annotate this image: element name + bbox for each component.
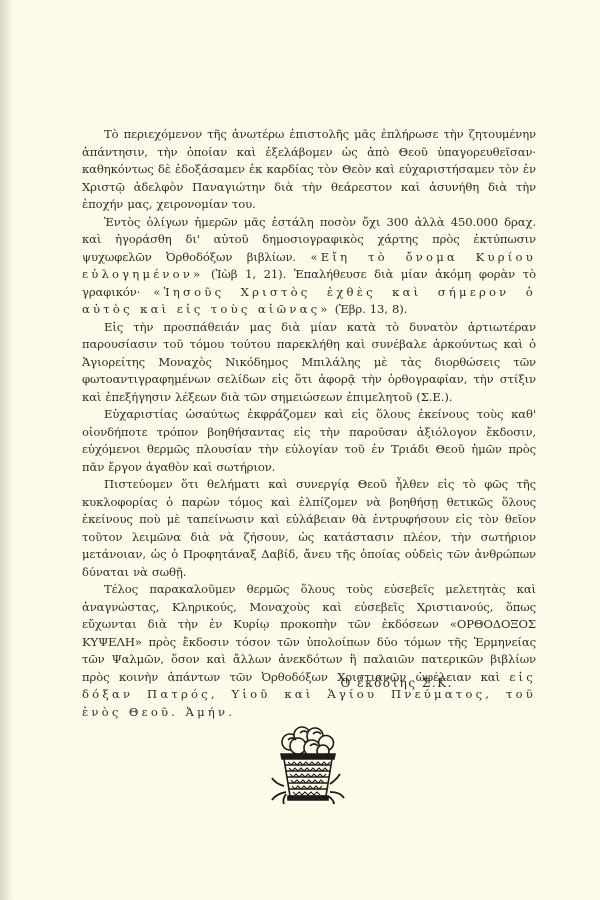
paragraph-text: Τὸ περιεχόμενον τῆς ἀνωτέρω ἐπιστολῆς μᾶ… <box>82 127 536 211</box>
page-gutter-shadow <box>0 0 14 900</box>
paragraph-text: Τέλος παρακαλοῦμεν θερμῶς ὅλους τοὺς εὐσ… <box>82 582 536 684</box>
paragraph-reply: Τὸ περιεχόμενον τῆς ἀνωτέρω ἐπιστολῆς μᾶ… <box>82 126 536 214</box>
paragraph-text: Εἰς τὴν προσπάθειάν μας διὰ μίαν κατὰ τὸ… <box>82 320 536 404</box>
paragraph-text: Πιστεύομεν ὅτι θελήματι καὶ συνεργίᾳ Θεο… <box>82 477 536 579</box>
document-body: Τὸ περιεχόμενον τῆς ἀνωτέρω ἐπιστολῆς μᾶ… <box>82 126 536 721</box>
paragraph-text: Εὐχαριστίας ὡσαύτως ἐκφράζομεν καὶ εἰς ὅ… <box>82 407 536 474</box>
paragraph-donation: Ἐντὸς ὀλίγων ἡμερῶν μᾶς ἐστάλη ποσὸν ὄχι… <box>82 214 536 319</box>
paragraph-editor-thanks: Εἰς τὴν προσπάθειάν μας διὰ μίαν κατὰ τὸ… <box>82 319 536 407</box>
paragraph-belief: Πιστεύομεν ὅτι θελήματι καὶ συνεργίᾳ Θεο… <box>82 476 536 581</box>
paragraph-closing-request: Τέλος παρακαλοῦμεν θερμῶς ὅλους τοὺς εὐσ… <box>82 581 536 721</box>
basket-of-fruit-icon <box>268 724 348 806</box>
publisher-signature: Ὁ ἐκδότης Σ.Κ. <box>340 676 453 690</box>
paragraph-general-thanks: Εὐχαριστίας ὡσαύτως ἐκφράζομεν καὶ εἰς ὅ… <box>82 406 536 476</box>
scripture-reference: (Ἑβρ. 13, 8). <box>331 302 408 316</box>
